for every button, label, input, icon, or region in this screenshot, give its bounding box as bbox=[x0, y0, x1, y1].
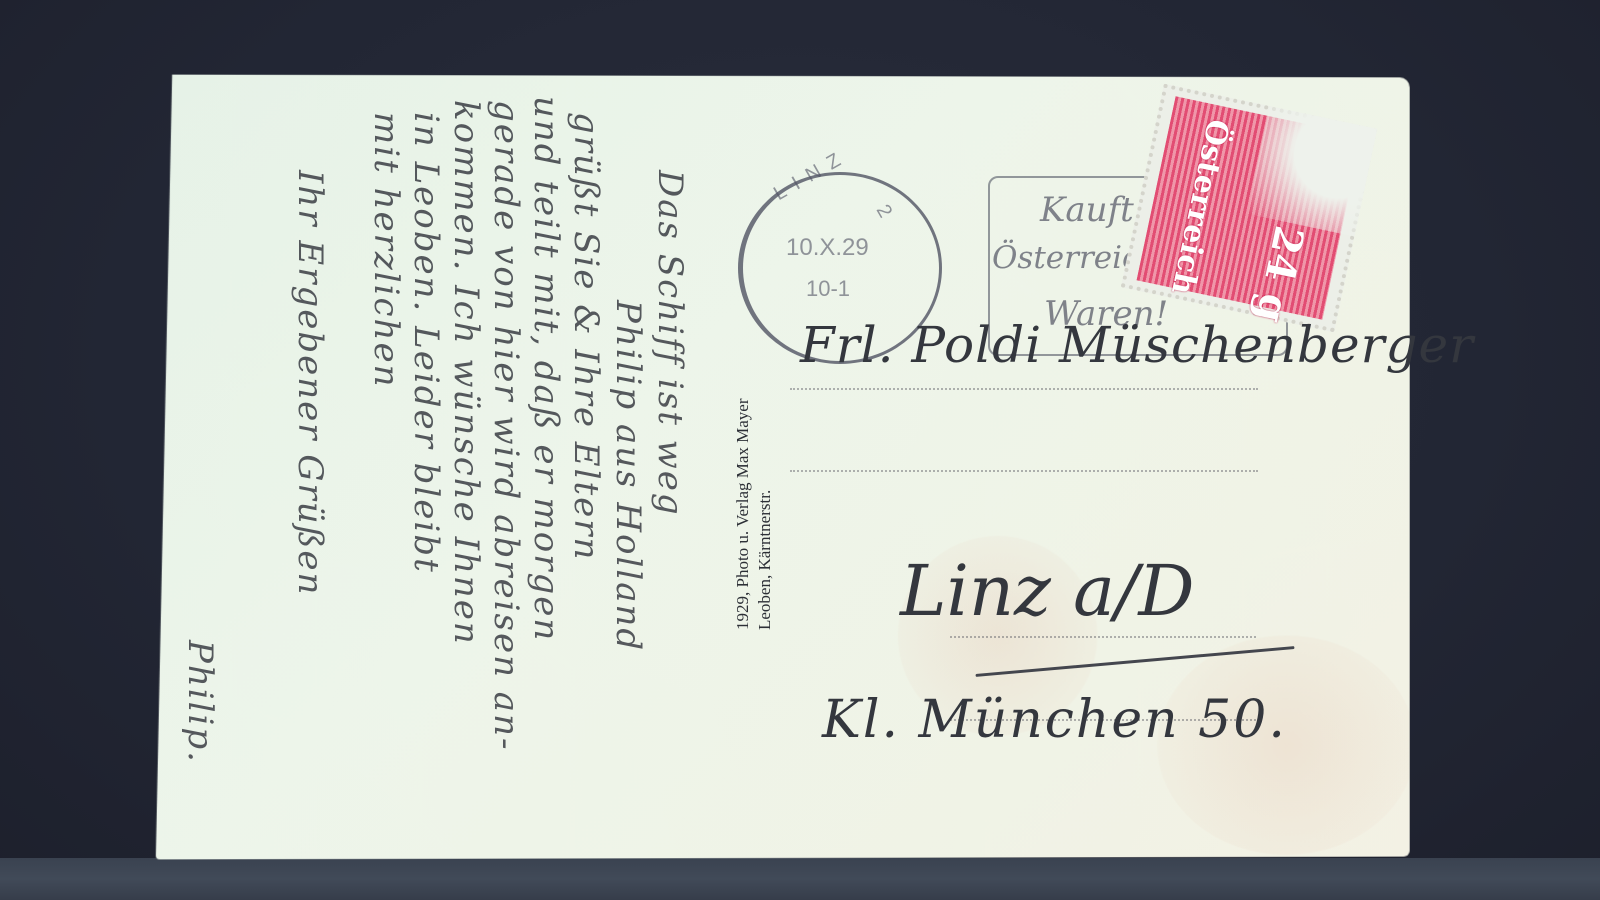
slogan-line: Kauft bbox=[1040, 190, 1134, 230]
publisher-line-1: 1929, Photo u. Verlag Max Mayer bbox=[732, 398, 754, 630]
message-line: gerade von hier wird abreisen an- bbox=[486, 100, 526, 751]
publisher-line-2: Leoben, Kärntnerstr. bbox=[754, 398, 776, 630]
message-line: in Leoben. Leider bleibt bbox=[406, 112, 446, 574]
publisher-imprint: 1929, Photo u. Verlag Max Mayer Leoben, … bbox=[732, 398, 776, 630]
address-city: Linz a/D bbox=[900, 550, 1195, 632]
message-line: und teilt mit, daß er morgen bbox=[526, 96, 566, 642]
display-shelf bbox=[0, 858, 1600, 900]
address-guide-line bbox=[950, 636, 1256, 638]
postage-stamp: Österreich 24 g bbox=[1121, 84, 1377, 333]
address-guide-line bbox=[790, 388, 1258, 390]
address-guide-line bbox=[790, 470, 1258, 472]
message-line: Philip aus Holland bbox=[608, 300, 648, 652]
message-signature: Philip. bbox=[180, 640, 220, 764]
message-line: Ihr Ergebener Grüßen bbox=[290, 170, 330, 596]
postmark-time: 10-1 bbox=[806, 276, 850, 302]
message-line: grüßt Sie & Ihre Eltern bbox=[566, 112, 606, 561]
message-line: kommen. Ich wünsche Ihnen bbox=[446, 100, 486, 646]
postmark-date: 10.X.29 bbox=[786, 234, 869, 262]
address-street: Kl. München 50. bbox=[822, 690, 1287, 750]
stamp-faded-area bbox=[1247, 106, 1377, 236]
message-line: Das Schiff ist weg bbox=[650, 170, 690, 517]
message-line: mit herzlichen bbox=[366, 112, 406, 388]
address-recipient: Frl. Poldi Müschenberger bbox=[800, 316, 1474, 374]
